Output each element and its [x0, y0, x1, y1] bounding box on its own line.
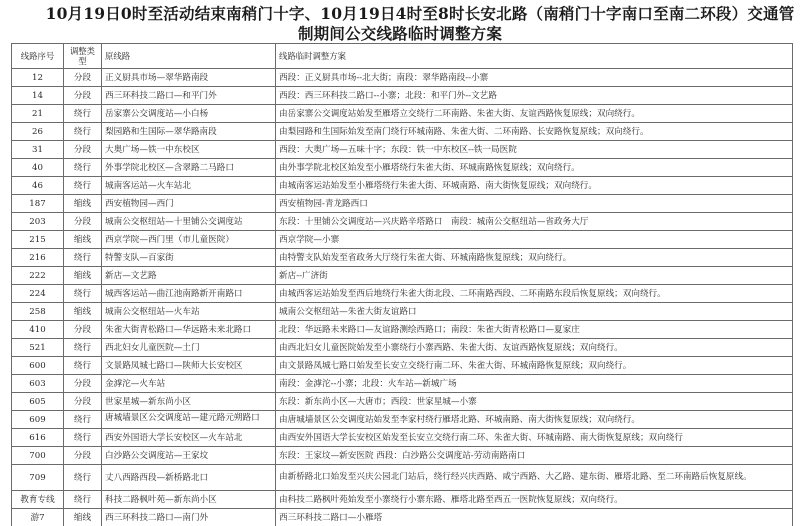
adjust-type-cell: 缩线 — [64, 303, 102, 321]
adjust-type-cell: 绕行 — [64, 491, 102, 509]
original-route-cell: 城南公交枢纽站—十里铺公交调度站 — [102, 213, 276, 231]
adjust-type-cell: 绕行 — [64, 249, 102, 267]
original-route-cell: 朱雀大街青松路口—华远路未来北路口 — [102, 321, 276, 339]
table-row: 46绕行城南客运站—火车站北由城南客运站始发至小雁塔绕行朱雀大街、环城南路、南大… — [12, 177, 793, 195]
table-row: 603分段金滹沱—火车站南段：金滹沱--小寨；北段：火车站—新城广场 — [12, 375, 793, 393]
document-title: 10月19日0时至活动结束南稍门十字、10月19日4时至8时长安北路（南稍门十字… — [0, 4, 800, 44]
route-no-cell: 609 — [12, 411, 64, 429]
original-route-cell: 城西客运站—曲江池南路新开南路口 — [102, 285, 276, 303]
route-no-cell: 600 — [12, 357, 64, 375]
temporary-plan-cell: 新店--广济街 — [276, 267, 793, 285]
adjust-type-cell: 绕行 — [64, 159, 102, 177]
temporary-plan-cell: 由特警支队始发至省政务大厅绕行朱雀大街、环城南路恢复原线；双向绕行。 — [276, 249, 793, 267]
table-row: 410分段朱雀大街青松路口—华远路未来北路口北段：华远路未来路口—友谊路测绘西路… — [12, 321, 793, 339]
original-route-cell: 西安外国语大学长安校区—火车站北 — [102, 429, 276, 447]
route-no-cell: 31 — [12, 141, 64, 159]
header-route-no: 线路序号 — [12, 44, 64, 69]
route-no-cell: 410 — [12, 321, 64, 339]
route-no-cell: 709 — [12, 465, 64, 491]
original-route-cell: 科技二路枫叶苑—新东尚小区 — [102, 491, 276, 509]
temporary-plan-cell: 西段：大奥广场—五味十字；东段：铁一中东校区--铁一局医院 — [276, 141, 793, 159]
table-row: 609绕行唐城墙景区公交调度站—建元路元朔路口由唐城墙景区公交调度站始发至李家村… — [12, 411, 793, 429]
original-route-cell: 文景路凤城七路口—陕师大长安校区 — [102, 357, 276, 375]
table-row: 521绕行西北妇女儿童医院—土门由西北妇女儿童医院始发至小寨绕行小寨西路、朱雀大… — [12, 339, 793, 357]
original-route-cell: 世家星城—新东尚小区 — [102, 393, 276, 411]
temporary-plan-cell: 由城南客运站始发至小雁塔绕行朱雀大街、环城南路、南大街恢复原线；双向绕行。 — [276, 177, 793, 195]
temporary-plan-cell: 由岳家寨公交调度站始发至雁塔立交绕行二环南路、朱雀大街、友谊西路恢复原线；双向绕… — [276, 105, 793, 123]
adjust-type-cell: 缩线 — [64, 509, 102, 526]
route-no-cell: 605 — [12, 393, 64, 411]
table-row: 203分段城南公交枢纽站—十里铺公交调度站东段：十里铺公交调度站—兴庆路辛塔路口… — [12, 213, 793, 231]
original-route-cell: 城南客运站—火车站北 — [102, 177, 276, 195]
table-row: 215缩线西京学院—西门里（市儿童医院）西京学院—小寨 — [12, 231, 793, 249]
table-row: 40绕行外事学院北校区—含翠路二马路口由外事学院北校区始发至小雁塔绕行朱雀大街、… — [12, 159, 793, 177]
table-row: 258缩线城南公交枢纽站—火车站城南公交枢纽站—朱雀大街友谊路口 — [12, 303, 793, 321]
route-no-cell: 222 — [12, 267, 64, 285]
original-route-cell: 白沙路公交调度站—王家坟 — [102, 447, 276, 465]
temporary-plan-cell: 北段：华远路未来路口—友谊路测绘西路口；南段：朱雀大街青松路口—夏家庄 — [276, 321, 793, 339]
original-route-cell: 大奥广场—铁一中东校区 — [102, 141, 276, 159]
table-body: 12分段正义厨具市场—翠华路南段西段：正义厨具市场--北大街；南段：翠华路南段-… — [12, 69, 793, 526]
adjust-type-cell: 绕行 — [64, 429, 102, 447]
original-route-cell: 外事学院北校区—含翠路二马路口 — [102, 159, 276, 177]
route-no-cell: 224 — [12, 285, 64, 303]
adjust-type-cell: 分段 — [64, 69, 102, 87]
table-row: 216绕行特警支队—百家街由特警支队始发至省政务大厅绕行朱雀大街、环城南路恢复原… — [12, 249, 793, 267]
adjust-type-cell: 分段 — [64, 375, 102, 393]
route-no-cell: 12 — [12, 69, 64, 87]
header-temporary-plan: 线路临时调整方案 — [276, 44, 793, 69]
temporary-plan-cell: 西安植物园-青龙路西口 — [276, 195, 793, 213]
original-route-cell: 唐城墙景区公交调度站—建元路元朔路口 — [102, 411, 276, 429]
route-no-cell: 40 — [12, 159, 64, 177]
adjust-type-cell: 绕行 — [64, 105, 102, 123]
table-row: 709绕行丈八西路西段—新桥路北口由新桥路北口始发至兴庆公园北门站后，绕行经兴庆… — [12, 465, 793, 491]
adjust-type-cell: 分段 — [64, 213, 102, 231]
adjust-type-cell: 绕行 — [64, 123, 102, 141]
original-route-cell: 西三环科技二路口—南门外 — [102, 509, 276, 526]
table-row: 700分段白沙路公交调度站—王家坟东段：王家坟—新安医院 西段：白沙路公交调度站… — [12, 447, 793, 465]
original-route-cell: 西京学院—西门里（市儿童医院） — [102, 231, 276, 249]
table-row: 600绕行文景路凤城七路口—陕师大长安校区由文景路凤城七路口始发至长安立交绕行南… — [12, 357, 793, 375]
table-row: 605分段世家星城—新东尚小区东段：新东尚小区—大唐市；西段：世家星城—小寨 — [12, 393, 793, 411]
table-row: 12分段正义厨具市场—翠华路南段西段：正义厨具市场--北大街；南段：翠华路南段-… — [12, 69, 793, 87]
table-row: 31分段大奥广场—铁一中东校区西段：大奥广场—五味十字；东段：铁一中东校区--铁… — [12, 141, 793, 159]
adjust-type-cell: 绕行 — [64, 339, 102, 357]
adjust-type-cell: 绕行 — [64, 177, 102, 195]
original-route-cell: 西三环科技二路口—和平门外 — [102, 87, 276, 105]
route-no-cell: 21 — [12, 105, 64, 123]
table-row: 222缩线新店—文艺路新店--广济街 — [12, 267, 793, 285]
table-header-row: 线路序号 调整类型 原线路 线路临时调整方案 — [12, 44, 793, 69]
temporary-plan-cell: 西段：正义厨具市场--北大街；南段：翠华路南段--小寨 — [276, 69, 793, 87]
route-no-cell: 203 — [12, 213, 64, 231]
original-route-text: 唐城墙景区公交调度站—建元路元朔路口 — [105, 411, 272, 428]
original-route-cell: 岳家寨公交调度站—小白杨 — [102, 105, 276, 123]
original-route-cell: 正义厨具市场—翠华路南段 — [102, 69, 276, 87]
temporary-plan-cell: 由西安外国语大学长安校区始发至长安立交绕行南二环、朱雀大街、环城南路、南大街恢复… — [276, 429, 793, 447]
route-no-cell: 187 — [12, 195, 64, 213]
original-route-cell: 新店—文艺路 — [102, 267, 276, 285]
temporary-plan-cell: 东段：十里铺公交调度站—兴庆路辛塔路口 南段：城南公交枢纽站—省政务大厅 — [276, 213, 793, 231]
original-route-cell: 西北妇女儿童医院—土门 — [102, 339, 276, 357]
route-no-cell: 700 — [12, 447, 64, 465]
temporary-plan-cell: 由新桥路北口始发至兴庆公园北门站后，绕行经兴庆西路、咸宁西路、大乙路、建东街、雁… — [276, 465, 793, 491]
route-no-cell: 教育专线 — [12, 491, 64, 509]
adjust-type-cell: 分段 — [64, 393, 102, 411]
original-route-cell: 丈八西路西段—新桥路北口 — [102, 465, 276, 491]
adjust-type-cell: 分段 — [64, 447, 102, 465]
temporary-plan-cell: 由西北妇女儿童医院始发至小寨绕行小寨西路、朱雀大街、友谊西路恢复原线；双向绕行。 — [276, 339, 793, 357]
header-original-route: 原线路 — [102, 44, 276, 69]
adjust-type-cell: 绕行 — [64, 411, 102, 429]
adjust-type-cell: 缩线 — [64, 195, 102, 213]
adjust-type-cell: 分段 — [64, 141, 102, 159]
route-no-cell: 603 — [12, 375, 64, 393]
original-route-cell: 城南公交枢纽站—火车站 — [102, 303, 276, 321]
temporary-plan-cell: 由梨园路和生国际始发至南门绕行环城南路、朱雀大街、二环南路、长安路恢复原线；双向… — [276, 123, 793, 141]
table-row: 224绕行城西客运站—曲江池南路新开南路口由城西客运站始发至西后地绕行朱雀大街北… — [12, 285, 793, 303]
temporary-plan-cell: 东段：王家坟—新安医院 西段：白沙路公交调度站-劳动南路南口 — [276, 447, 793, 465]
temporary-plan-cell: 由科技二路枫叶苑始发至小寨绕行小寨东路、雁塔北路至西五一医院恢复原线；双向绕行。 — [276, 491, 793, 509]
temporary-plan-cell: 由文景路凤城七路口始发至长安立交绕行南二环、朱雀大街、环城南路恢复原线；双向绕行… — [276, 357, 793, 375]
temporary-plan-cell: 由城西客运站始发至西后地绕行朱雀大街北段、二环南路西段、二环南路东段后恢复原线；… — [276, 285, 793, 303]
temporary-plan-cell: 由外事学院北校区始发至小雁塔绕行朱雀大街、环城南路恢复原线；双向绕行。 — [276, 159, 793, 177]
table-row: 187缩线西安植物园—西门西安植物园-青龙路西口 — [12, 195, 793, 213]
bus-route-adjustment-table: 线路序号 调整类型 原线路 线路临时调整方案 12分段正义厨具市场—翠华路南段西… — [11, 43, 793, 526]
route-no-cell: 46 — [12, 177, 64, 195]
document-title-line2: 制期间公交线路临时调整方案 — [0, 24, 800, 44]
adjust-type-cell: 分段 — [64, 321, 102, 339]
route-no-cell: 216 — [12, 249, 64, 267]
route-no-cell: 215 — [12, 231, 64, 249]
route-no-cell: 游7 — [12, 509, 64, 526]
table-row: 游7缩线西三环科技二路口—南门外西三环科技二路口—小雁塔 — [12, 509, 793, 526]
temporary-plan-cell: 东段：新东尚小区—大唐市；西段：世家星城—小寨 — [276, 393, 793, 411]
temporary-plan-cell: 城南公交枢纽站—朱雀大街友谊路口 — [276, 303, 793, 321]
temporary-plan-cell: 南段：金滹沱--小寨；北段：火车站—新城广场 — [276, 375, 793, 393]
original-route-cell: 金滹沱—火车站 — [102, 375, 276, 393]
route-no-cell: 616 — [12, 429, 64, 447]
temporary-plan-cell: 由唐城墙景区公交调度站始发至李家村绕行雁塔北路、环城南路、南大街恢复原线；双向绕… — [276, 411, 793, 429]
adjust-type-cell: 缩线 — [64, 231, 102, 249]
table-row: 616绕行西安外国语大学长安校区—火车站北由西安外国语大学长安校区始发至长安立交… — [12, 429, 793, 447]
adjust-type-cell: 分段 — [64, 87, 102, 105]
table-row: 21绕行岳家寨公交调度站—小白杨由岳家寨公交调度站始发至雁塔立交绕行二环南路、朱… — [12, 105, 793, 123]
route-no-cell: 14 — [12, 87, 64, 105]
table-row: 26绕行梨园路和生国际—翠华路南段由梨园路和生国际始发至南门绕行环城南路、朱雀大… — [12, 123, 793, 141]
route-no-cell: 258 — [12, 303, 64, 321]
adjust-type-cell: 绕行 — [64, 465, 102, 491]
table-row: 教育专线绕行科技二路枫叶苑—新东尚小区由科技二路枫叶苑始发至小寨绕行小寨东路、雁… — [12, 491, 793, 509]
original-route-cell: 西安植物园—西门 — [102, 195, 276, 213]
temporary-plan-cell: 西三环科技二路口—小雁塔 — [276, 509, 793, 526]
original-route-cell: 梨园路和生国际—翠华路南段 — [102, 123, 276, 141]
temporary-plan-cell: 西京学院—小寨 — [276, 231, 793, 249]
table-row: 14分段西三环科技二路口—和平门外西段：西三环科技二路口--小寨；北段：和平门外… — [12, 87, 793, 105]
header-adjust-type: 调整类型 — [64, 44, 102, 69]
route-no-cell: 26 — [12, 123, 64, 141]
adjust-type-cell: 绕行 — [64, 357, 102, 375]
original-route-cell: 特警支队—百家街 — [102, 249, 276, 267]
adjust-type-cell: 缩线 — [64, 267, 102, 285]
temporary-plan-cell: 西段：西三环科技二路口--小寨；北段：和平门外--文艺路 — [276, 87, 793, 105]
route-no-cell: 521 — [12, 339, 64, 357]
document-title-line1: 10月19日0时至活动结束南稍门十字、10月19日4时至8时长安北路（南稍门十字… — [0, 4, 800, 24]
adjust-type-cell: 绕行 — [64, 285, 102, 303]
